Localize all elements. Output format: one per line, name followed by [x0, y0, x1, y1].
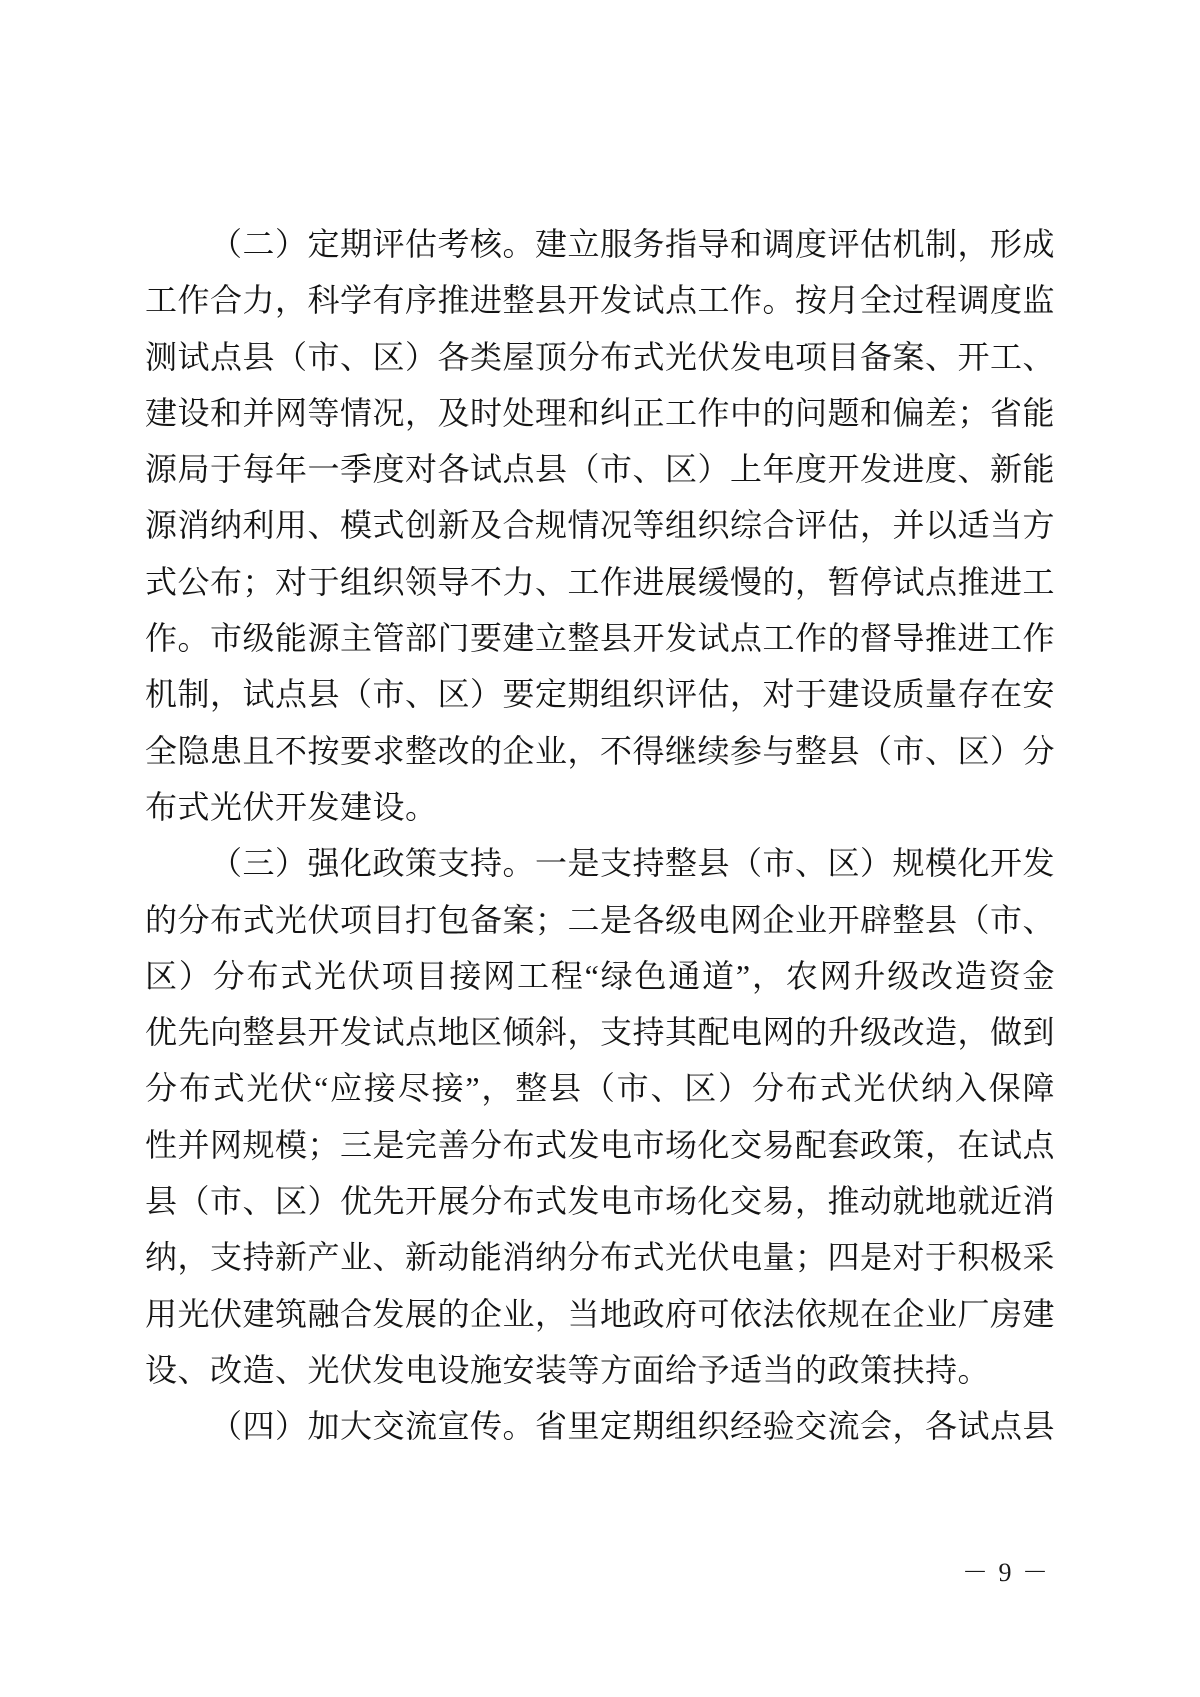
text-line: 式公布；对于组织领导不力、工作进展缓慢的，暂停试点推进工: [145, 554, 1055, 610]
text-line: （二）定期评估考核。建立服务指导和调度评估机制，形成: [145, 216, 1055, 272]
text-line: 布式光伏开发建设。: [145, 779, 1055, 835]
text-line: 机制，试点县（市、区）要定期组织评估，对于建设质量存在安: [145, 666, 1055, 722]
text-line: （四）加大交流宣传。省里定期组织经验交流会，各试点县: [145, 1398, 1055, 1454]
text-line: 纳，支持新产业、新动能消纳分布式光伏电量；四是对于积极采: [145, 1229, 1055, 1285]
text-line: 区）分布式光伏项目接网工程“绿色通道”，农网升级改造资金: [145, 948, 1055, 1004]
text-line: 源消纳利用、模式创新及合规情况等组织综合评估，并以适当方: [145, 497, 1055, 553]
text-line: 测试点县（市、区）各类屋顶分布式光伏发电项目备案、开工、: [145, 329, 1055, 385]
text-line: 县（市、区）优先开展分布式发电市场化交易，推动就地就近消: [145, 1173, 1055, 1229]
text-line: 的分布式光伏项目打包备案；二是各级电网企业开辟整县（市、: [145, 892, 1055, 948]
text-line: 全隐患且不按要求整改的企业，不得继续参与整县（市、区）分: [145, 723, 1055, 779]
text-line: 工作合力，科学有序推进整县开发试点工作。按月全过程调度监: [145, 272, 1055, 328]
paragraph-section-2: （二）定期评估考核。建立服务指导和调度评估机制，形成 工作合力，科学有序推进整县…: [145, 216, 1055, 835]
document-body: （二）定期评估考核。建立服务指导和调度评估机制，形成 工作合力，科学有序推进整县…: [145, 216, 1055, 1455]
document-page: （二）定期评估考核。建立服务指导和调度评估机制，形成 工作合力，科学有序推进整县…: [0, 0, 1200, 1697]
text-line: 用光伏建筑融合发展的企业，当地政府可依法依规在企业厂房建: [145, 1286, 1055, 1342]
paragraph-section-4: （四）加大交流宣传。省里定期组织经验交流会，各试点县: [145, 1398, 1055, 1454]
text-line: 作。市级能源主管部门要建立整县开发试点工作的督导推进工作: [145, 610, 1055, 666]
text-line: 性并网规模；三是完善分布式发电市场化交易配套政策，在试点: [145, 1117, 1055, 1173]
text-line: （三）强化政策支持。一是支持整县（市、区）规模化开发: [145, 835, 1055, 891]
page-number: － 9 －: [962, 1556, 1050, 1590]
text-line: 源局于每年一季度对各试点县（市、区）上年度开发进度、新能: [145, 441, 1055, 497]
paragraph-section-3: （三）强化政策支持。一是支持整县（市、区）规模化开发 的分布式光伏项目打包备案；…: [145, 835, 1055, 1398]
text-line: 设、改造、光伏发电设施安装等方面给予适当的政策扶持。: [145, 1342, 1055, 1398]
text-line: 分布式光伏“应接尽接”，整县（市、区）分布式光伏纳入保障: [145, 1060, 1055, 1116]
text-line: 建设和并网等情况，及时处理和纠正工作中的问题和偏差；省能: [145, 385, 1055, 441]
text-line: 优先向整县开发试点地区倾斜，支持其配电网的升级改造，做到: [145, 1004, 1055, 1060]
